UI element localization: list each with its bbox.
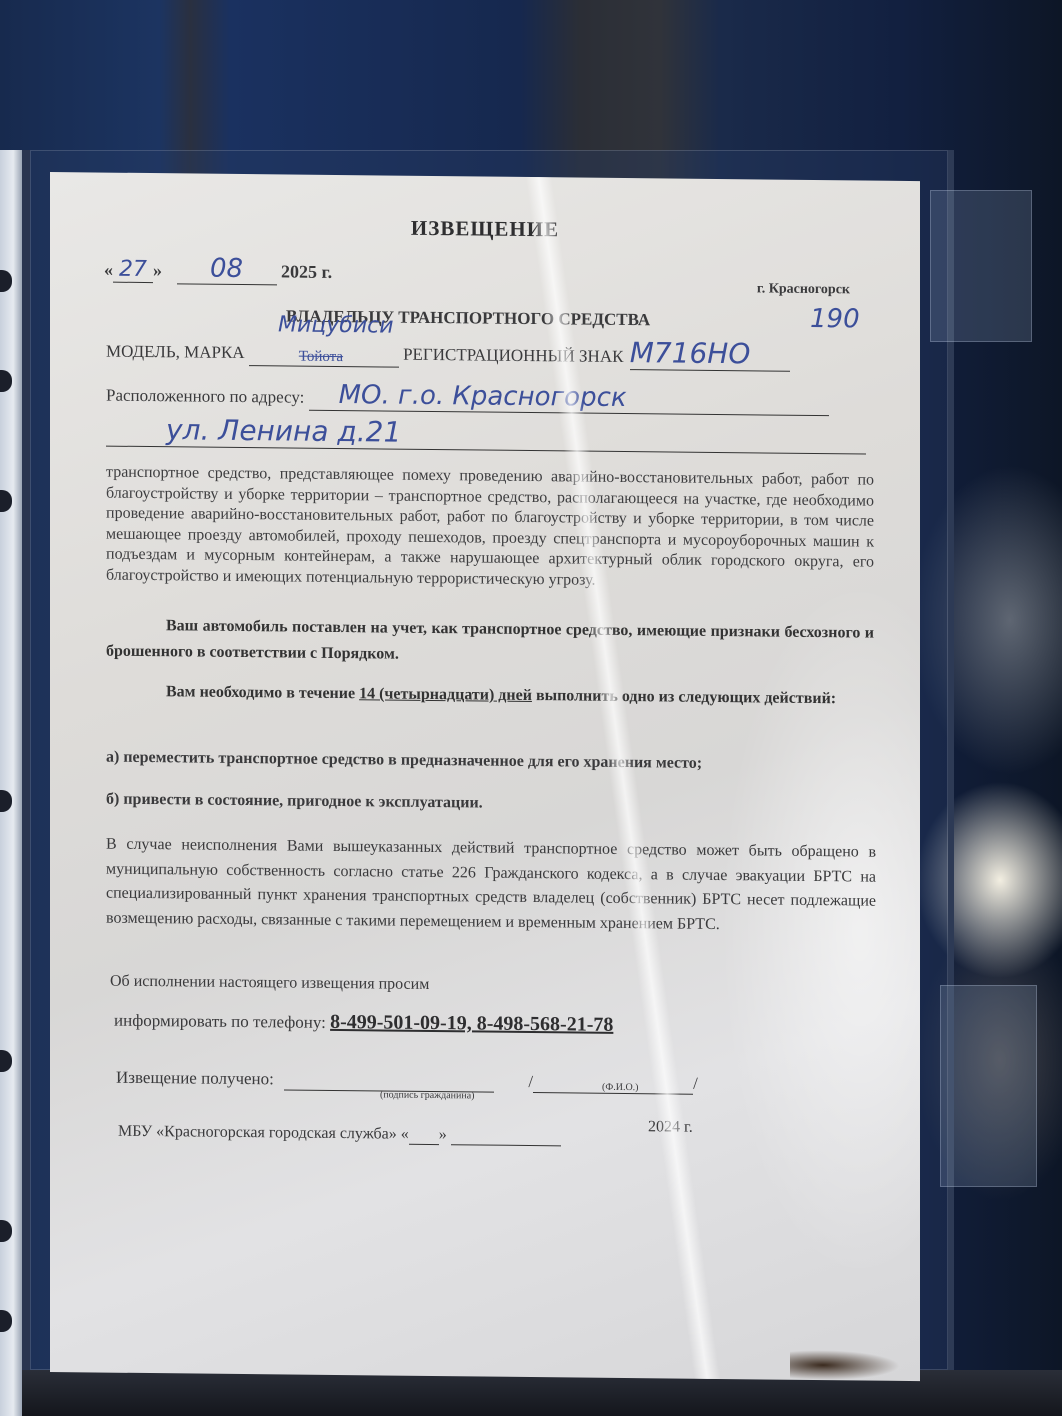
body-paragraph: транспортное средство, представляющее по… [106,463,874,594]
phone-numbers: 8-499-501-09-19, 8-498-568-21-78 [330,1011,613,1036]
quote-open: « [401,1126,409,1143]
notice-title: ИЗВЕЩЕНИЕ [50,212,920,246]
inform-line-2: информировать по телефону: 8-499-501-09-… [114,1009,613,1037]
reg-region: 190 [810,304,860,335]
signature-caption: (подпись гражданина) [380,1089,474,1101]
dirt-stain [790,1350,900,1381]
quote-close: » [439,1126,447,1143]
binder-hole [0,370,12,392]
model-crossed-out: Тойота [299,349,343,366]
inform-label: информировать по телефону: [114,1011,326,1032]
option-a: а) переместить транспортное средство в п… [106,749,702,773]
binder-hole [0,1050,12,1072]
notice-date: «27» 08 2025 г. [104,253,332,286]
city: г. Красногорск [757,281,850,298]
binder-hole [0,1310,12,1332]
binder-hole [0,1220,12,1242]
reg-value: М716НО [630,336,790,372]
model-label: МОДЕЛЬ, МАРКА [106,342,245,362]
date-month: 08 [177,253,277,285]
address-row: Расположенного по адресу: МО. г.о. Красн… [106,378,829,417]
tape-strip [940,985,1037,1187]
date-day: 27 [113,257,153,283]
binder-strip [0,150,22,1416]
binder-hole [0,270,12,292]
fio-caption: (Ф.И.О.) [602,1082,639,1093]
model-row: МОДЕЛЬ, МАРКА Тойота РЕГИСТРАЦИОННЫЙ ЗНА… [106,331,790,372]
model-field: Тойота [249,345,399,368]
issuer-month-field [451,1126,561,1146]
address-line-2: ул. Ленина д.21 [106,413,866,455]
inform-line-1: Об исполнении настоящего извещения проси… [110,973,429,994]
received-label: Извещение получено: [116,1068,274,1089]
action-outro: выполнить одно из следующих действий: [532,687,836,707]
notice-paper: ИЗВЕЩЕНИЕ «27» 08 2025 г. г. Красногорск… [50,172,920,1381]
binder-hole [0,790,12,812]
quote-open: « [104,260,113,280]
action-intro: Вам необходимо в течение [166,683,359,702]
issuer-row: МБУ «Красногорская городская служба» « » [118,1123,561,1147]
registered-paragraph: Ваш автомобиль поставлен на учет, как тр… [106,613,874,673]
issuer-day-field [409,1126,439,1145]
address-label: Расположенного по адресу: [106,386,304,407]
date-year: 2025 г. [281,261,332,282]
consequence-paragraph: В случае неисполнения Вами вышеуказанных… [106,833,876,939]
issuer-name: МБУ «Красногорская городская служба» [118,1123,397,1143]
address-line-1: МО. г.о. Красногорск [309,380,829,416]
option-b: б) привести в состояние, пригодное к экс… [106,791,483,813]
issuer-year: 2024 г. [648,1118,693,1136]
tape-strip [930,190,1032,342]
slash: / [693,1074,698,1093]
binder-hole [0,490,12,512]
deadline: 14 (четырнадцати) дней [359,685,532,704]
quote-close: » [153,260,162,280]
reg-label: РЕГИСТРАЦИОННЫЙ ЗНАК [403,345,623,366]
